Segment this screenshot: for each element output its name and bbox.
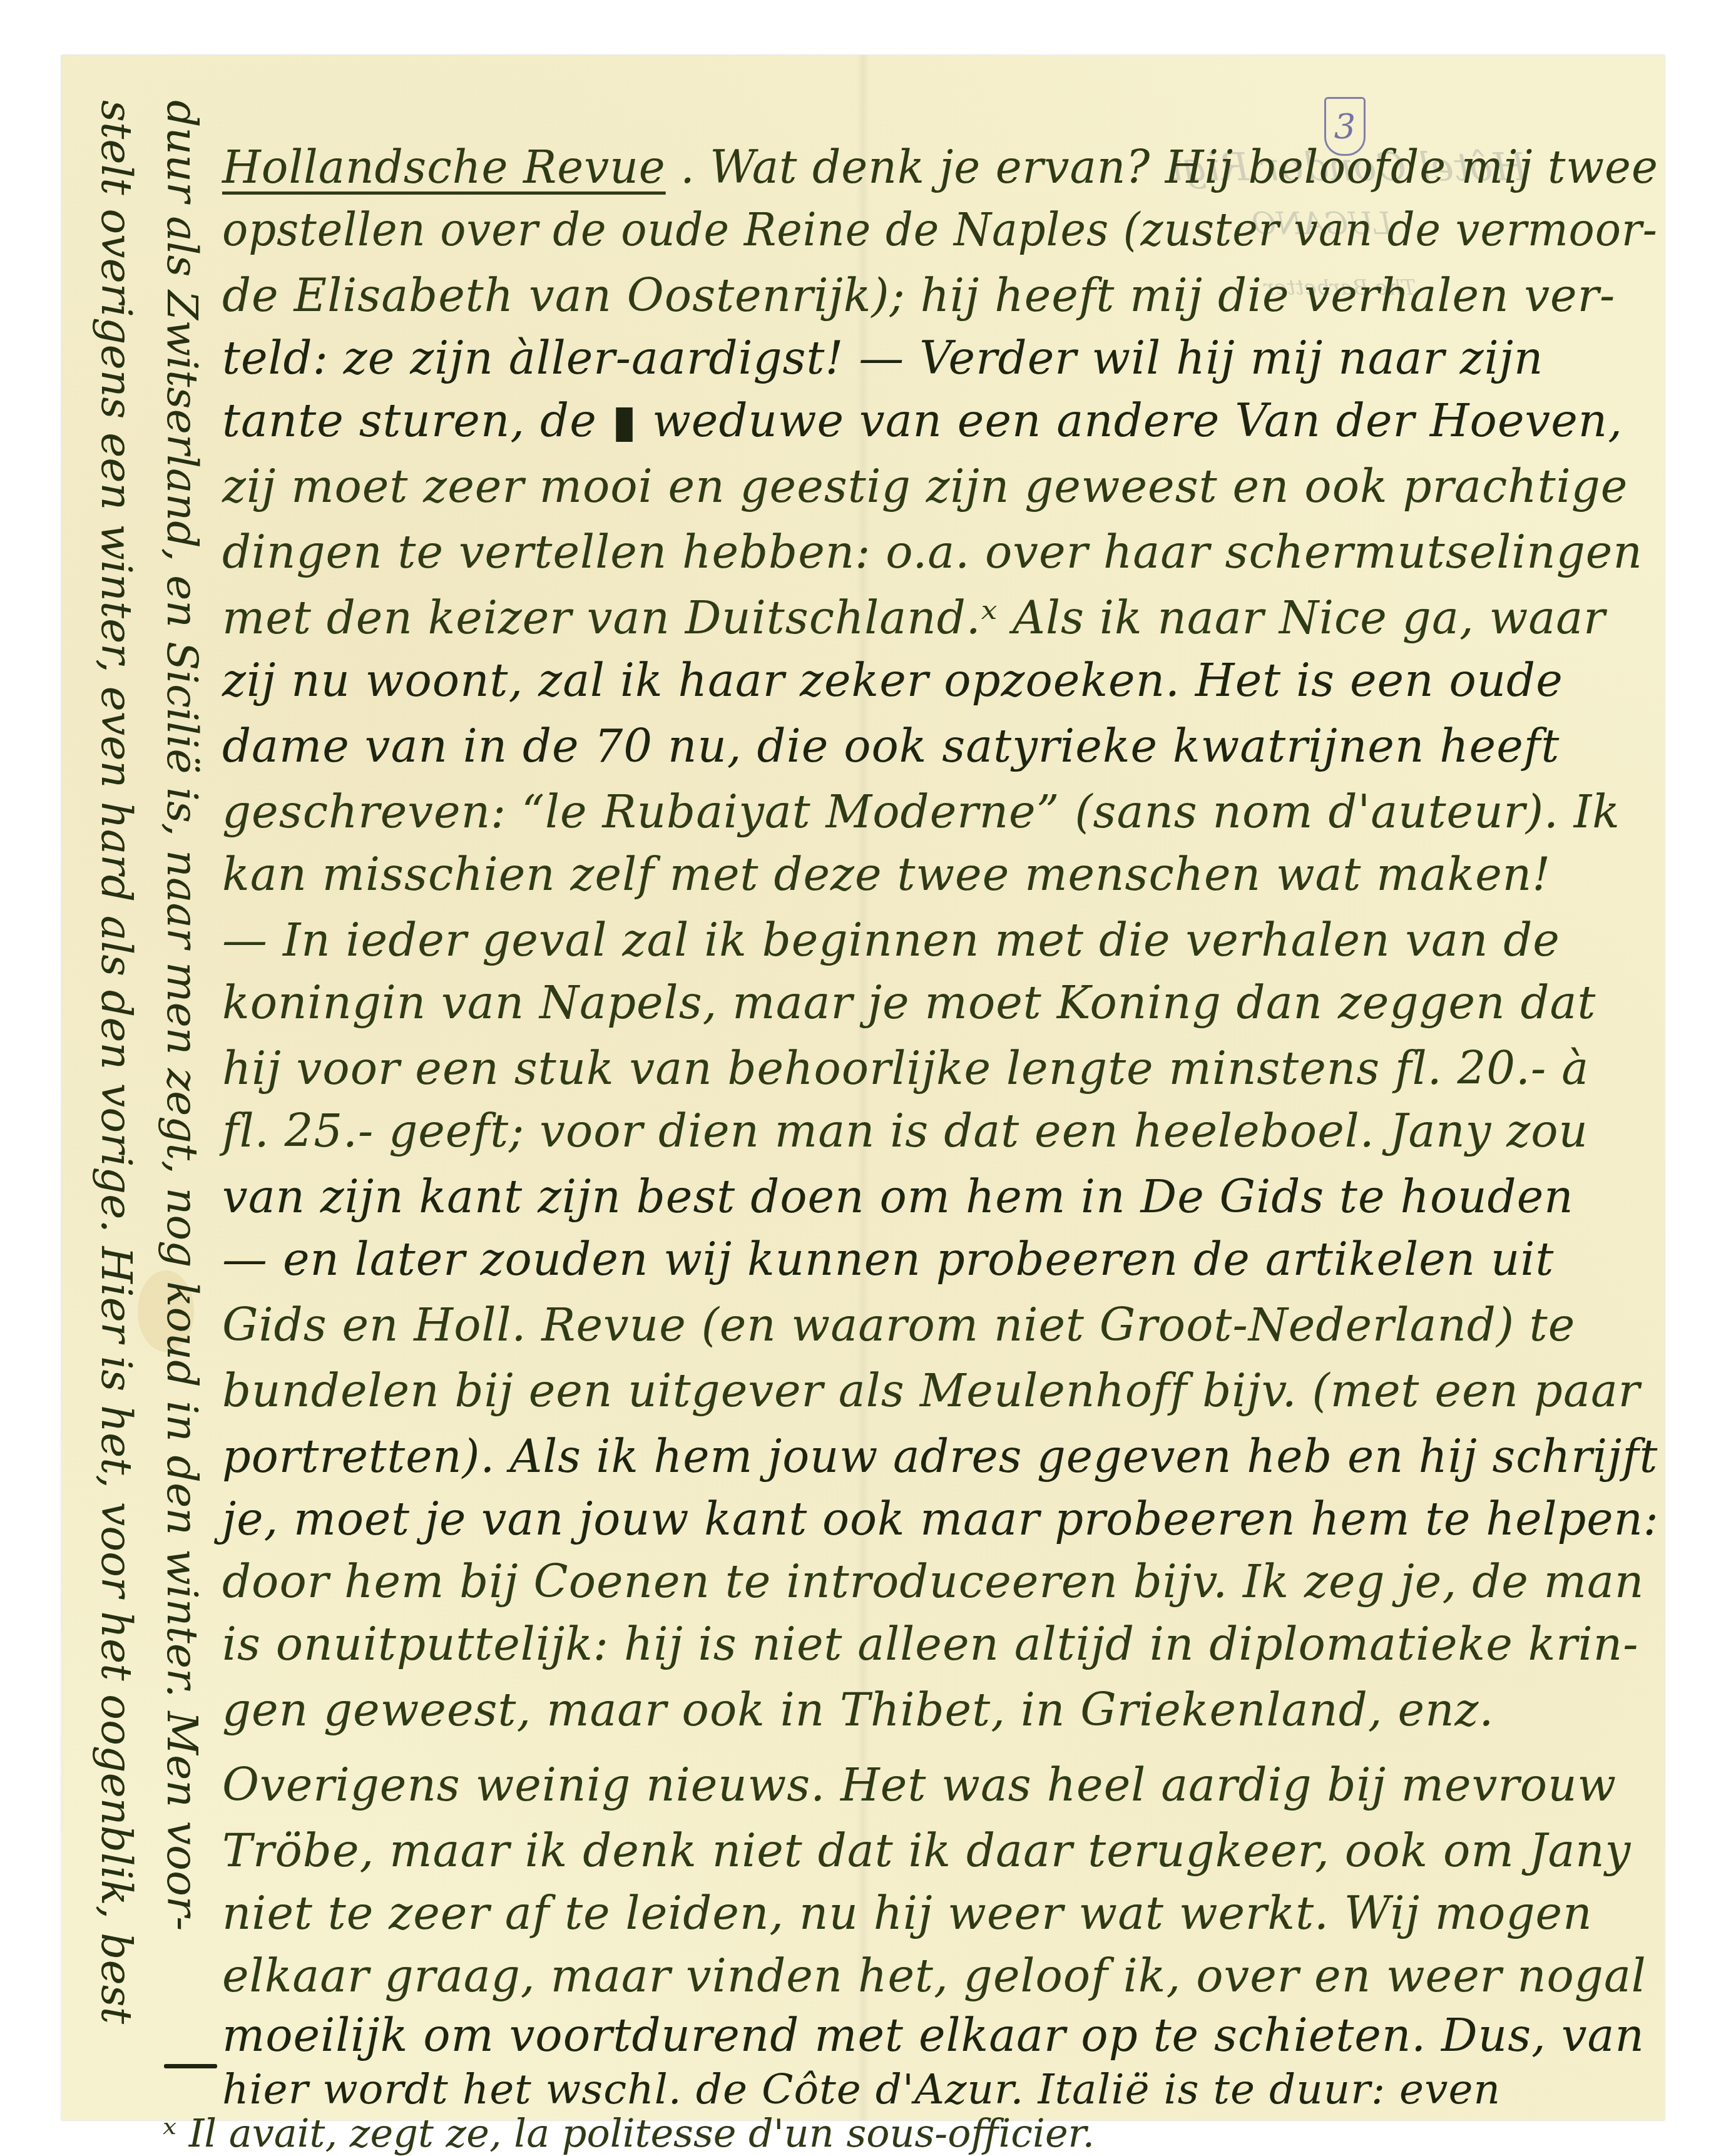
letter-line-28: niet te zeer af te leiden, nu hij weer w… [222, 1887, 1593, 1939]
letter-line-24: is onuitputtelijk: hij is niet alleen al… [222, 1618, 1639, 1670]
margin-line-1: duur als Zwitserland, en Sicilië is, naa… [157, 100, 207, 1931]
letter-line-12: kan misschien zelf met deze twee mensche… [222, 848, 1551, 901]
margin-line-2: stelt overigens een winter, even hard al… [91, 100, 141, 2024]
letter-line-20: bundelen bij een uitgever als Meulenhoff… [222, 1364, 1640, 1417]
footnote: ˣ Il avait, zegt ze, la politesse d'un s… [163, 2110, 1095, 2156]
letter-line-16: fl. 25.- geeft; voor dien man is dat een… [222, 1105, 1588, 1157]
letter-line-17: van zijn kant zijn best doen om hem in D… [222, 1170, 1574, 1223]
letter-line-21: portretten). Als ik hem jouw adres gegev… [222, 1430, 1658, 1483]
letter-line-14: koningin van Napels, maar je moet Koning… [222, 976, 1596, 1029]
letter-line-30: moeilijk om voortdurend met elkaar op te… [222, 2009, 1645, 2061]
letter-line-9: zij nu woont, zal ik haar zeker opzoeken… [222, 654, 1563, 707]
letter-line-15: hij voor een stuk van behoorlijke lengte… [222, 1042, 1589, 1095]
letter-line-3: de Elisabeth van Oostenrijk); hij heeft … [222, 269, 1615, 322]
letter-line-10: dame van in de 70 nu, die ook satyrieke … [222, 720, 1560, 772]
letter-line-1: Hollandsche Revue . Wat denk je ervan? H… [222, 141, 1658, 193]
letter-line-29: elkaar graag, maar vinden het, geloof ik… [222, 1949, 1647, 2002]
letter-line-11: geschreven: “le Rubaiyat Moderne” (sans … [222, 785, 1620, 838]
letter-line-6: zij moet zeer mooi en geestig zijn gewee… [222, 460, 1628, 513]
letter-line-7: dingen te vertellen hebben: o.a. over ha… [222, 526, 1643, 578]
letter-line-25: gen geweest, maar ook in Thibet, in Grie… [222, 1683, 1494, 1736]
letter-line-5: tante sturen, de ▮ weduwe van een andere… [222, 394, 1623, 447]
line-1-rest: . Wat denk je ervan? Hij beloofde mij tw… [666, 141, 1658, 193]
letter-line-31: hier wordt het wschl. de Côte d'Azur. It… [222, 2065, 1501, 2113]
footnote-rule [164, 2064, 217, 2068]
letter-line-22: je, moet je van jouw kant ook maar probe… [222, 1493, 1659, 1545]
letter-line-27: Tröbe, maar ik denk niet dat ik daar ter… [222, 1824, 1631, 1877]
letter-line-19: Gids en Holl. Revue (en waarom niet Groo… [222, 1299, 1575, 1351]
letter-line-8: met den keizer van Duitschland.ˣ Als ik … [222, 591, 1606, 644]
letter-line-4: teld: ze zijn àller-aardigst! — Verder w… [222, 332, 1543, 384]
letter-line-13: — In ieder geval zal ik beginnen met die… [222, 914, 1560, 966]
letter-line-26: Overigens weinig nieuws. Het was heel aa… [222, 1759, 1616, 1811]
letter-line-18: — en later zouden wij kunnen probeeren d… [222, 1233, 1554, 1285]
underlined-title: Hollandsche Revue [222, 141, 666, 193]
letter-line-23: door hem bij Coenen te introduceeren bij… [222, 1555, 1644, 1608]
letter-line-2: opstellen over de oude Reine de Naples (… [222, 203, 1658, 256]
